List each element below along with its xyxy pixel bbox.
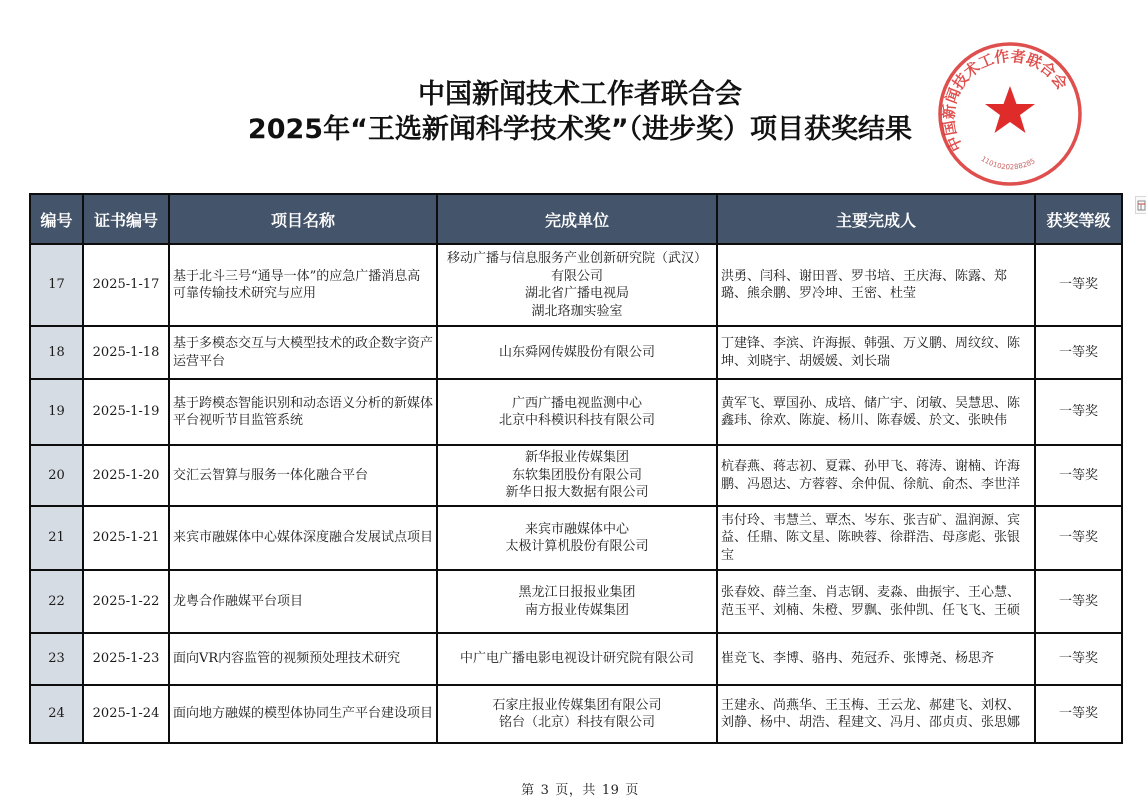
page-prefix: 第: [521, 783, 535, 798]
cell-number: 18: [30, 326, 83, 379]
cell-people: 张春姣、薛兰奎、肖志钢、麦淼、曲振宇、王心慧、范玉平、刘楠、朱橙、罗飘、张仲凯、…: [717, 570, 1035, 633]
cell-number: 19: [30, 379, 83, 445]
cell-award-level: 一等奖: [1035, 506, 1122, 570]
unit-name: 石家庄报业传媒集团有限公司: [441, 697, 713, 715]
cell-award-level: 一等奖: [1035, 379, 1122, 445]
organization-title: 中国新闻技术工作者联合会: [0, 78, 1146, 112]
cell-people: 丁建锋、李滨、许海振、韩强、万义鹏、周纹纹、陈坤、刘晓宇、胡媛媛、刘长瑞: [717, 326, 1035, 379]
cell-units: 新华报业传媒集团 东软集团股份有限公司 新华日报大数据有限公司: [437, 445, 717, 506]
table-row: 19 2025-1-19 基于跨模态智能识别和动态语义分析的新媒体平台视听节目监…: [30, 379, 1122, 445]
cell-project-name: 基于北斗三号“通导一体”的应急广播消息高可靠传输技术研究与应用: [169, 244, 437, 326]
cell-units: 山东舜网传媒股份有限公司: [437, 326, 717, 379]
cell-project-name: 交汇云智算与服务一体化融合平台: [169, 445, 437, 506]
column-header-number: 编号: [30, 194, 83, 244]
table-row: 17 2025-1-17 基于北斗三号“通导一体”的应急广播消息高可靠传输技术研…: [30, 244, 1122, 326]
cell-number: 24: [30, 685, 83, 743]
column-header-people: 主要完成人: [717, 194, 1035, 244]
cell-certificate: 2025-1-17: [83, 244, 169, 326]
unit-name: 南方报业传媒集团: [441, 602, 713, 620]
cell-project-name: 基于多模态交互与大模型技术的政企数字资产运营平台: [169, 326, 437, 379]
cell-people: 黄军飞、覃国孙、成培、储广宇、闭敏、吴慧思、陈鑫玮、徐欢、陈旋、杨川、陈春媛、於…: [717, 379, 1035, 445]
cell-units: 广西广播电视监测中心 北京中科模识科技有限公司: [437, 379, 717, 445]
cell-certificate: 2025-1-22: [83, 570, 169, 633]
table-row: 21 2025-1-21 来宾市融媒体中心媒体深度融合发展试点项目 来宾市融媒体…: [30, 506, 1122, 570]
cell-certificate: 2025-1-21: [83, 506, 169, 570]
cell-people: 王建永、尚燕华、王玉梅、王云龙、郝建飞、刘权、刘静、杨中、胡浩、程建文、冯月、邵…: [717, 685, 1035, 743]
cell-project-name: 基于跨模态智能识别和动态语义分析的新媒体平台视听节目监管系统: [169, 379, 437, 445]
cell-people: 崔竞飞、李博、骆冉、苑冠乔、张博尧、杨思齐: [717, 633, 1035, 685]
cell-award-level: 一等奖: [1035, 570, 1122, 633]
cell-award-level: 一等奖: [1035, 244, 1122, 326]
column-header-project-name: 项目名称: [169, 194, 437, 244]
table-row: 24 2025-1-24 面向地方融媒的模型体协同生产平台建设项目 石家庄报业传…: [30, 685, 1122, 743]
table-row: 22 2025-1-22 龙粤合作融媒平台项目 黑龙江日报报业集团 南方报业传媒…: [30, 570, 1122, 633]
cell-number: 22: [30, 570, 83, 633]
column-header-award-level: 获奖等级: [1035, 194, 1122, 244]
cell-project-name: 面向地方融媒的模型体协同生产平台建设项目: [169, 685, 437, 743]
cell-project-name: 面向VR内容监管的视频预处理技术研究: [169, 633, 437, 685]
awards-table: 编号 证书编号 项目名称 完成单位 主要完成人 获奖等级 17 2025-1-1…: [29, 193, 1123, 744]
table-row: 23 2025-1-23 面向VR内容监管的视频预处理技术研究 中广电广播电影电…: [30, 633, 1122, 685]
unit-name: 湖北珞珈实验室: [441, 303, 713, 321]
unit-name: 中广电广播电影电视设计研究院有限公司: [441, 650, 713, 668]
cell-number: 17: [30, 244, 83, 326]
cell-award-level: 一等奖: [1035, 445, 1122, 506]
unit-name: 北京中科模识科技有限公司: [441, 412, 713, 430]
current-page-number: 3: [541, 783, 550, 798]
cell-units: 黑龙江日报报业集团 南方报业传媒集团: [437, 570, 717, 633]
side-panel-toggle-icon[interactable]: [1135, 196, 1146, 214]
unit-name: 新华报业传媒集团: [441, 449, 713, 467]
page-middle: 页，共: [555, 783, 596, 798]
cell-number: 21: [30, 506, 83, 570]
column-header-certificate: 证书编号: [83, 194, 169, 244]
svg-text:1101020288285: 1101020288285: [979, 155, 1036, 172]
column-header-units: 完成单位: [437, 194, 717, 244]
unit-name: 东软集团股份有限公司: [441, 467, 713, 485]
table-row: 18 2025-1-18 基于多模态交互与大模型技术的政企数字资产运营平台 山东…: [30, 326, 1122, 379]
cell-certificate: 2025-1-24: [83, 685, 169, 743]
total-pages-number: 19: [602, 783, 620, 798]
cell-units: 来宾市融媒体中心 太极计算机股份有限公司: [437, 506, 717, 570]
unit-name: 铭台（北京）科技有限公司: [441, 714, 713, 732]
table-row: 20 2025-1-20 交汇云智算与服务一体化融合平台 新华报业传媒集团 东软…: [30, 445, 1122, 506]
unit-name: 新华日报大数据有限公司: [441, 484, 713, 502]
unit-name: 湖北省广播电视局: [441, 285, 713, 303]
cell-certificate: 2025-1-19: [83, 379, 169, 445]
cell-people: 洪勇、闫科、谢田晋、罗书培、王庆海、陈露、郑璐、熊余鹏、罗冷坤、王密、杜莹: [717, 244, 1035, 326]
cell-people: 杭春燕、蒋志初、夏霖、孙甲飞、蒋涛、谢楠、许海鹏、冯恩达、方蓉蓉、余仲侃、徐航、…: [717, 445, 1035, 506]
cell-project-name: 龙粤合作融媒平台项目: [169, 570, 437, 633]
cell-units: 中广电广播电影电视设计研究院有限公司: [437, 633, 717, 685]
unit-name: 广西广播电视监测中心: [441, 395, 713, 413]
page-indicator: 第3页，共19页: [0, 779, 1146, 798]
unit-name: 来宾市融媒体中心: [441, 521, 713, 539]
table-header-row: 编号 证书编号 项目名称 完成单位 主要完成人 获奖等级: [30, 194, 1122, 244]
cell-award-level: 一等奖: [1035, 326, 1122, 379]
cell-certificate: 2025-1-18: [83, 326, 169, 379]
unit-name: 太极计算机股份有限公司: [441, 538, 713, 556]
unit-name: 山东舜网传媒股份有限公司: [441, 344, 713, 362]
cell-certificate: 2025-1-20: [83, 445, 169, 506]
unit-name: 移动广播与信息服务产业创新研究院（武汉）有限公司: [441, 250, 713, 285]
award-results-title: 2025年“王选新闻科学技术奖”（进步奖）项目获奖结果: [0, 112, 1146, 148]
cell-units: 石家庄报业传媒集团有限公司 铭台（北京）科技有限公司: [437, 685, 717, 743]
cell-award-level: 一等奖: [1035, 685, 1122, 743]
unit-name: 黑龙江日报报业集团: [441, 584, 713, 602]
cell-number: 20: [30, 445, 83, 506]
document-title: 中国新闻技术工作者联合会 2025年“王选新闻科学技术奖”（进步奖）项目获奖结果: [0, 78, 1146, 148]
page-suffix: 页: [625, 783, 639, 798]
cell-certificate: 2025-1-23: [83, 633, 169, 685]
cell-project-name: 来宾市融媒体中心媒体深度融合发展试点项目: [169, 506, 437, 570]
cell-units: 移动广播与信息服务产业创新研究院（武汉）有限公司 湖北省广播电视局 湖北珞珈实验…: [437, 244, 717, 326]
cell-award-level: 一等奖: [1035, 633, 1122, 685]
cell-number: 23: [30, 633, 83, 685]
cell-people: 韦付玲、韦慧兰、覃杰、岑东、张吉矿、温润源、宾益、任鼎、陈文星、陈映蓉、徐群浩、…: [717, 506, 1035, 570]
